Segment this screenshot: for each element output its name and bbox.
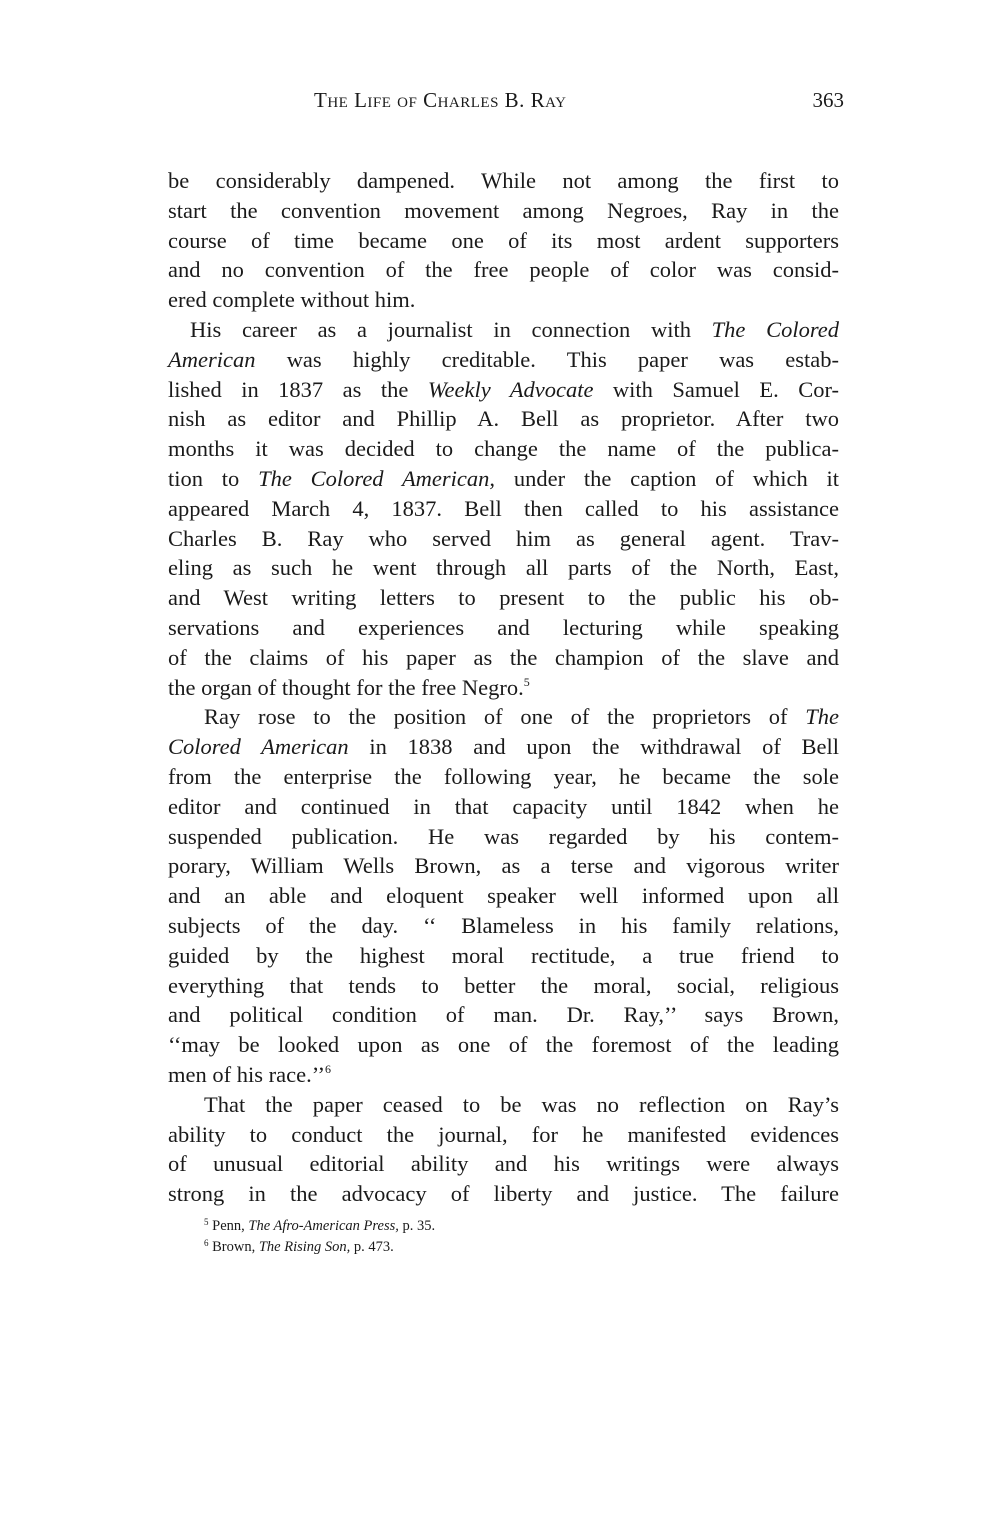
- text-line: nish as editor and Phillip A. Bell as pr…: [168, 404, 839, 434]
- text-line: guided by the highest moral rectitude, a…: [168, 941, 839, 971]
- text-line: Charles B. Ray who served him as general…: [168, 524, 839, 554]
- running-title: The Life of Charles B. Ray: [314, 88, 566, 113]
- text-line: ability to conduct the journal, for he m…: [168, 1120, 839, 1150]
- text-line: of the claims of his paper as the champi…: [168, 643, 839, 673]
- italic-title: Colored American: [168, 734, 349, 759]
- italic-title: The Colored: [712, 317, 839, 342]
- page-number: 363: [813, 88, 845, 113]
- text-line: porary, William Wells Brown, as a terse …: [168, 851, 839, 881]
- text-line: His career as a journalist in connection…: [168, 315, 839, 345]
- body-text: be considerably dampened. While not amon…: [168, 166, 839, 1209]
- footnote-6: 6 Brown, The Rising Son, p. 473.: [204, 1237, 804, 1258]
- italic-title: The: [805, 704, 839, 729]
- text-line: be considerably dampened. While not amon…: [168, 166, 839, 196]
- running-header: The Life of Charles B. Ray 363: [168, 88, 844, 118]
- text-line: suspended publication. He was regarded b…: [168, 822, 839, 852]
- footnote-5: 5 Penn, The Afro-American Press, p. 35.: [204, 1216, 804, 1237]
- text-line: and an able and eloquent speaker well in…: [168, 881, 839, 911]
- footnotes: 5 Penn, The Afro-American Press, p. 35. …: [204, 1216, 804, 1258]
- text-line: Ray rose to the position of one of the p…: [168, 702, 839, 732]
- text-line: lished in 1837 as the Weekly Advocate wi…: [168, 375, 839, 405]
- text-line: servations and experiences and lecturing…: [168, 613, 839, 643]
- text-line: Colored American in 1838 and upon the wi…: [168, 732, 839, 762]
- text-line: from the enterprise the following year, …: [168, 762, 839, 792]
- italic-title: Weekly Advocate: [428, 377, 594, 402]
- text-line: editor and continued in that capacity un…: [168, 792, 839, 822]
- text-line: and no convention of the free people of …: [168, 255, 839, 285]
- text-line: subjects of the day. ‘‘ Blameless in his…: [168, 911, 839, 941]
- footnote-ref: 5: [524, 675, 530, 689]
- footnote-ref: 6: [325, 1062, 331, 1076]
- text-line: strong in the advocacy of liberty and ju…: [168, 1179, 839, 1209]
- text-line: That the paper ceased to be was no refle…: [168, 1090, 839, 1120]
- document-page: The Life of Charles B. Ray 363 be consid…: [0, 0, 1000, 1520]
- italic-title: The Colored American,: [258, 466, 495, 491]
- text-line: tion to The Colored American, under the …: [168, 464, 839, 494]
- text-line: American was highly creditable. This pap…: [168, 345, 839, 375]
- text-line: start the convention movement among Negr…: [168, 196, 839, 226]
- text-line: course of time became one of its most ar…: [168, 226, 839, 256]
- text-line: and political condition of man. Dr. Ray,…: [168, 1000, 839, 1030]
- text-line: ered complete without him.: [168, 285, 839, 315]
- italic-title: American: [168, 347, 255, 372]
- text-line: months it was decided to change the name…: [168, 434, 839, 464]
- text-line: men of his race.’’6: [168, 1060, 839, 1090]
- text-line: everything that tends to better the mora…: [168, 971, 839, 1001]
- text-line: and West writing letters to present to t…: [168, 583, 839, 613]
- text-line: of unusual editorial ability and his wri…: [168, 1149, 839, 1179]
- text-line: ‘‘may be looked upon as one of the forem…: [168, 1030, 839, 1060]
- text-line: eling as such he went through all parts …: [168, 553, 839, 583]
- text-line: appeared March 4, 1837. Bell then called…: [168, 494, 839, 524]
- text-line: the organ of thought for the free Negro.…: [168, 673, 839, 703]
